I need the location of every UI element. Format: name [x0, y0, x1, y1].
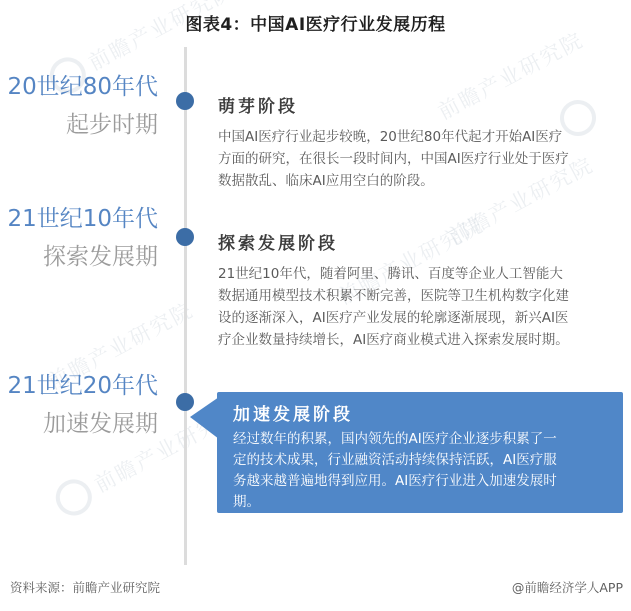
period-label: 20世纪80年代 — [0, 68, 158, 106]
page-title: 图表4：中国AI医疗行业发展历程 — [0, 10, 631, 35]
period-label: 21世纪10年代 — [0, 200, 158, 238]
stage1-description: 中国AI医疗行业起步较晚，20世纪80年代起才开始AI医疗 方面的研究，在很长一… — [218, 126, 622, 192]
stage2-content: 探索发展阶段 21世纪10年代，随着阿里、腾讯、百度等企业人工智能大 数据通用模… — [218, 229, 622, 351]
timeline-dot-stage2 — [176, 228, 194, 246]
callout-tail-icon — [186, 394, 220, 442]
credit-note: @前瞻经济学人APP — [512, 578, 623, 596]
infographic-canvas: 前瞻产业研究院 前瞻产业研究院 前瞻产业研究院 前瞻产业研究院 前瞻产业研究院 … — [0, 0, 631, 611]
period-group-stage1: 20世纪80年代 起步时期 — [0, 68, 158, 144]
timeline-line — [184, 47, 187, 565]
stage3-callout-box: 加速发展阶段 经过数年的积累，国内领先的AI医疗企业逐步积累了一 定的技术成果，… — [217, 392, 623, 513]
stage1-heading: 萌芽阶段 — [218, 92, 622, 117]
period-group-stage2: 21世纪10年代 探索发展期 — [0, 200, 158, 276]
period-label: 21世纪20年代 — [0, 367, 158, 405]
stage2-description: 21世纪10年代，随着阿里、腾讯、百度等企业人工智能大 数据通用模型技术积累不断… — [218, 263, 622, 351]
stage2-heading: 探索发展阶段 — [218, 229, 622, 254]
source-note: 资料来源：前瞻产业研究院 — [10, 578, 160, 596]
timeline-dot-stage1 — [176, 92, 194, 110]
stage3-description: 经过数年的积累，国内领先的AI医疗企业逐步积累了一 定的技术成果，行业融资活动持… — [233, 429, 609, 513]
stage1-content: 萌芽阶段 中国AI医疗行业起步较晚，20世纪80年代起才开始AI医疗 方面的研究… — [218, 92, 622, 192]
phase-label: 探索发展期 — [0, 238, 158, 276]
period-group-stage3: 21世纪20年代 加速发展期 — [0, 367, 158, 443]
stage3-heading: 加速发展阶段 — [233, 400, 609, 425]
phase-label: 起步时期 — [0, 106, 158, 144]
phase-label: 加速发展期 — [0, 405, 158, 443]
qianzhan-logo-icon — [49, 473, 98, 522]
